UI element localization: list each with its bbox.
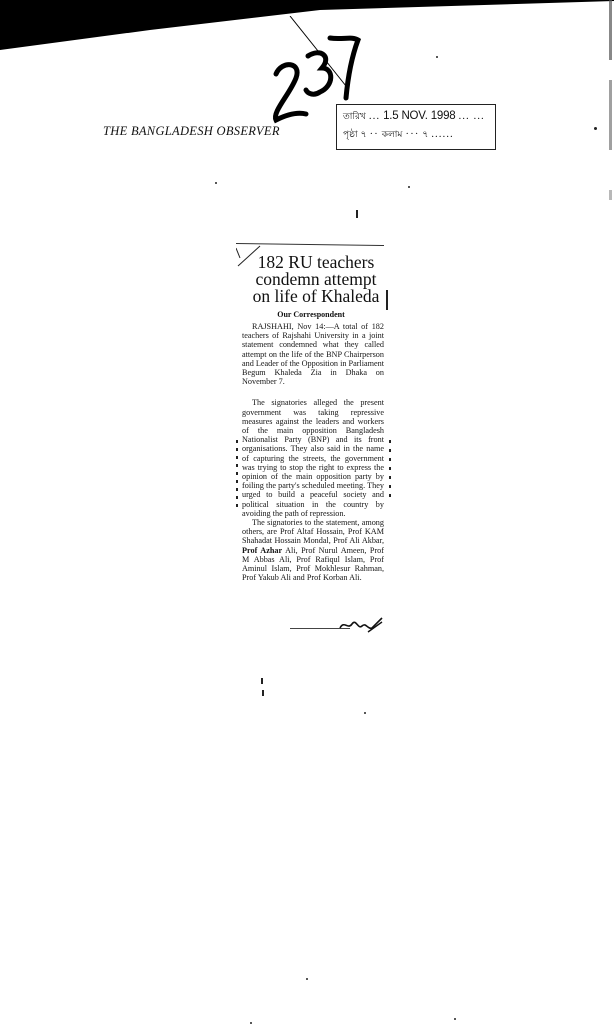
scan-mark xyxy=(386,290,388,310)
scan-mark xyxy=(236,440,238,510)
newspaper-masthead: THE BANGLADESH OBSERVER xyxy=(103,124,280,139)
stamp-dots: ... xyxy=(369,110,380,122)
article-byline: Our Correspondent xyxy=(236,310,386,319)
scan-speck xyxy=(594,127,597,130)
article-paragraph-3: The signatories to the statement, among … xyxy=(242,518,384,582)
article-paragraph-2: The signatories alleged the present gove… xyxy=(242,398,384,518)
handwritten-signature xyxy=(338,616,384,634)
stamp-date-label: তারিখ xyxy=(343,109,366,124)
scan-speck xyxy=(306,978,308,980)
stamp-column-label: কলাম xyxy=(382,127,403,142)
article-paragraph-1: RAJSHAHI, Nov 14:—A total of 182 teacher… xyxy=(242,322,384,386)
scan-speck xyxy=(436,56,438,58)
scan-speck xyxy=(408,186,410,188)
stamp-page-label: পৃষ্ঠা xyxy=(343,127,358,142)
stamp-dots: ... ... xyxy=(458,110,484,122)
scan-mark xyxy=(261,678,263,684)
article-body: RAJSHAHI, Nov 14:—A total of 182 teacher… xyxy=(242,322,384,582)
stamp-date-value: 1.5 NOV. 1998 xyxy=(383,110,455,122)
scan-speck xyxy=(454,1018,456,1020)
stamp-column-value: ৭ xyxy=(422,127,428,142)
archive-stamp: তারিখ ... 1.5 NOV. 1998 ... ... পৃষ্ঠা ৭… xyxy=(336,104,496,150)
stamp-dots: ··· xyxy=(405,128,419,140)
stamp-dots: ·· xyxy=(369,128,378,140)
stamp-page-value: ৭ xyxy=(361,127,367,142)
scan-mark xyxy=(356,210,358,218)
stamp-date-row: তারিখ ... 1.5 NOV. 1998 ... ... xyxy=(343,109,489,127)
page-right-edge xyxy=(609,0,612,1024)
scan-speck xyxy=(364,712,366,714)
scan-mark xyxy=(262,690,264,696)
scan-mark xyxy=(389,440,391,500)
paragraph-3-part-1: The signatories to the statement, among … xyxy=(242,518,384,545)
paragraph-3-bold-name: Prof Azhar xyxy=(242,546,282,555)
scan-speck xyxy=(215,182,217,184)
stamp-dots: ...... xyxy=(431,128,454,140)
article-headline: 182 RU teachers condemn attempt on life … xyxy=(246,254,386,305)
stamp-page-row: পৃষ্ঠা ৭ ·· কলাম ··· ৭ ...... xyxy=(343,127,489,145)
